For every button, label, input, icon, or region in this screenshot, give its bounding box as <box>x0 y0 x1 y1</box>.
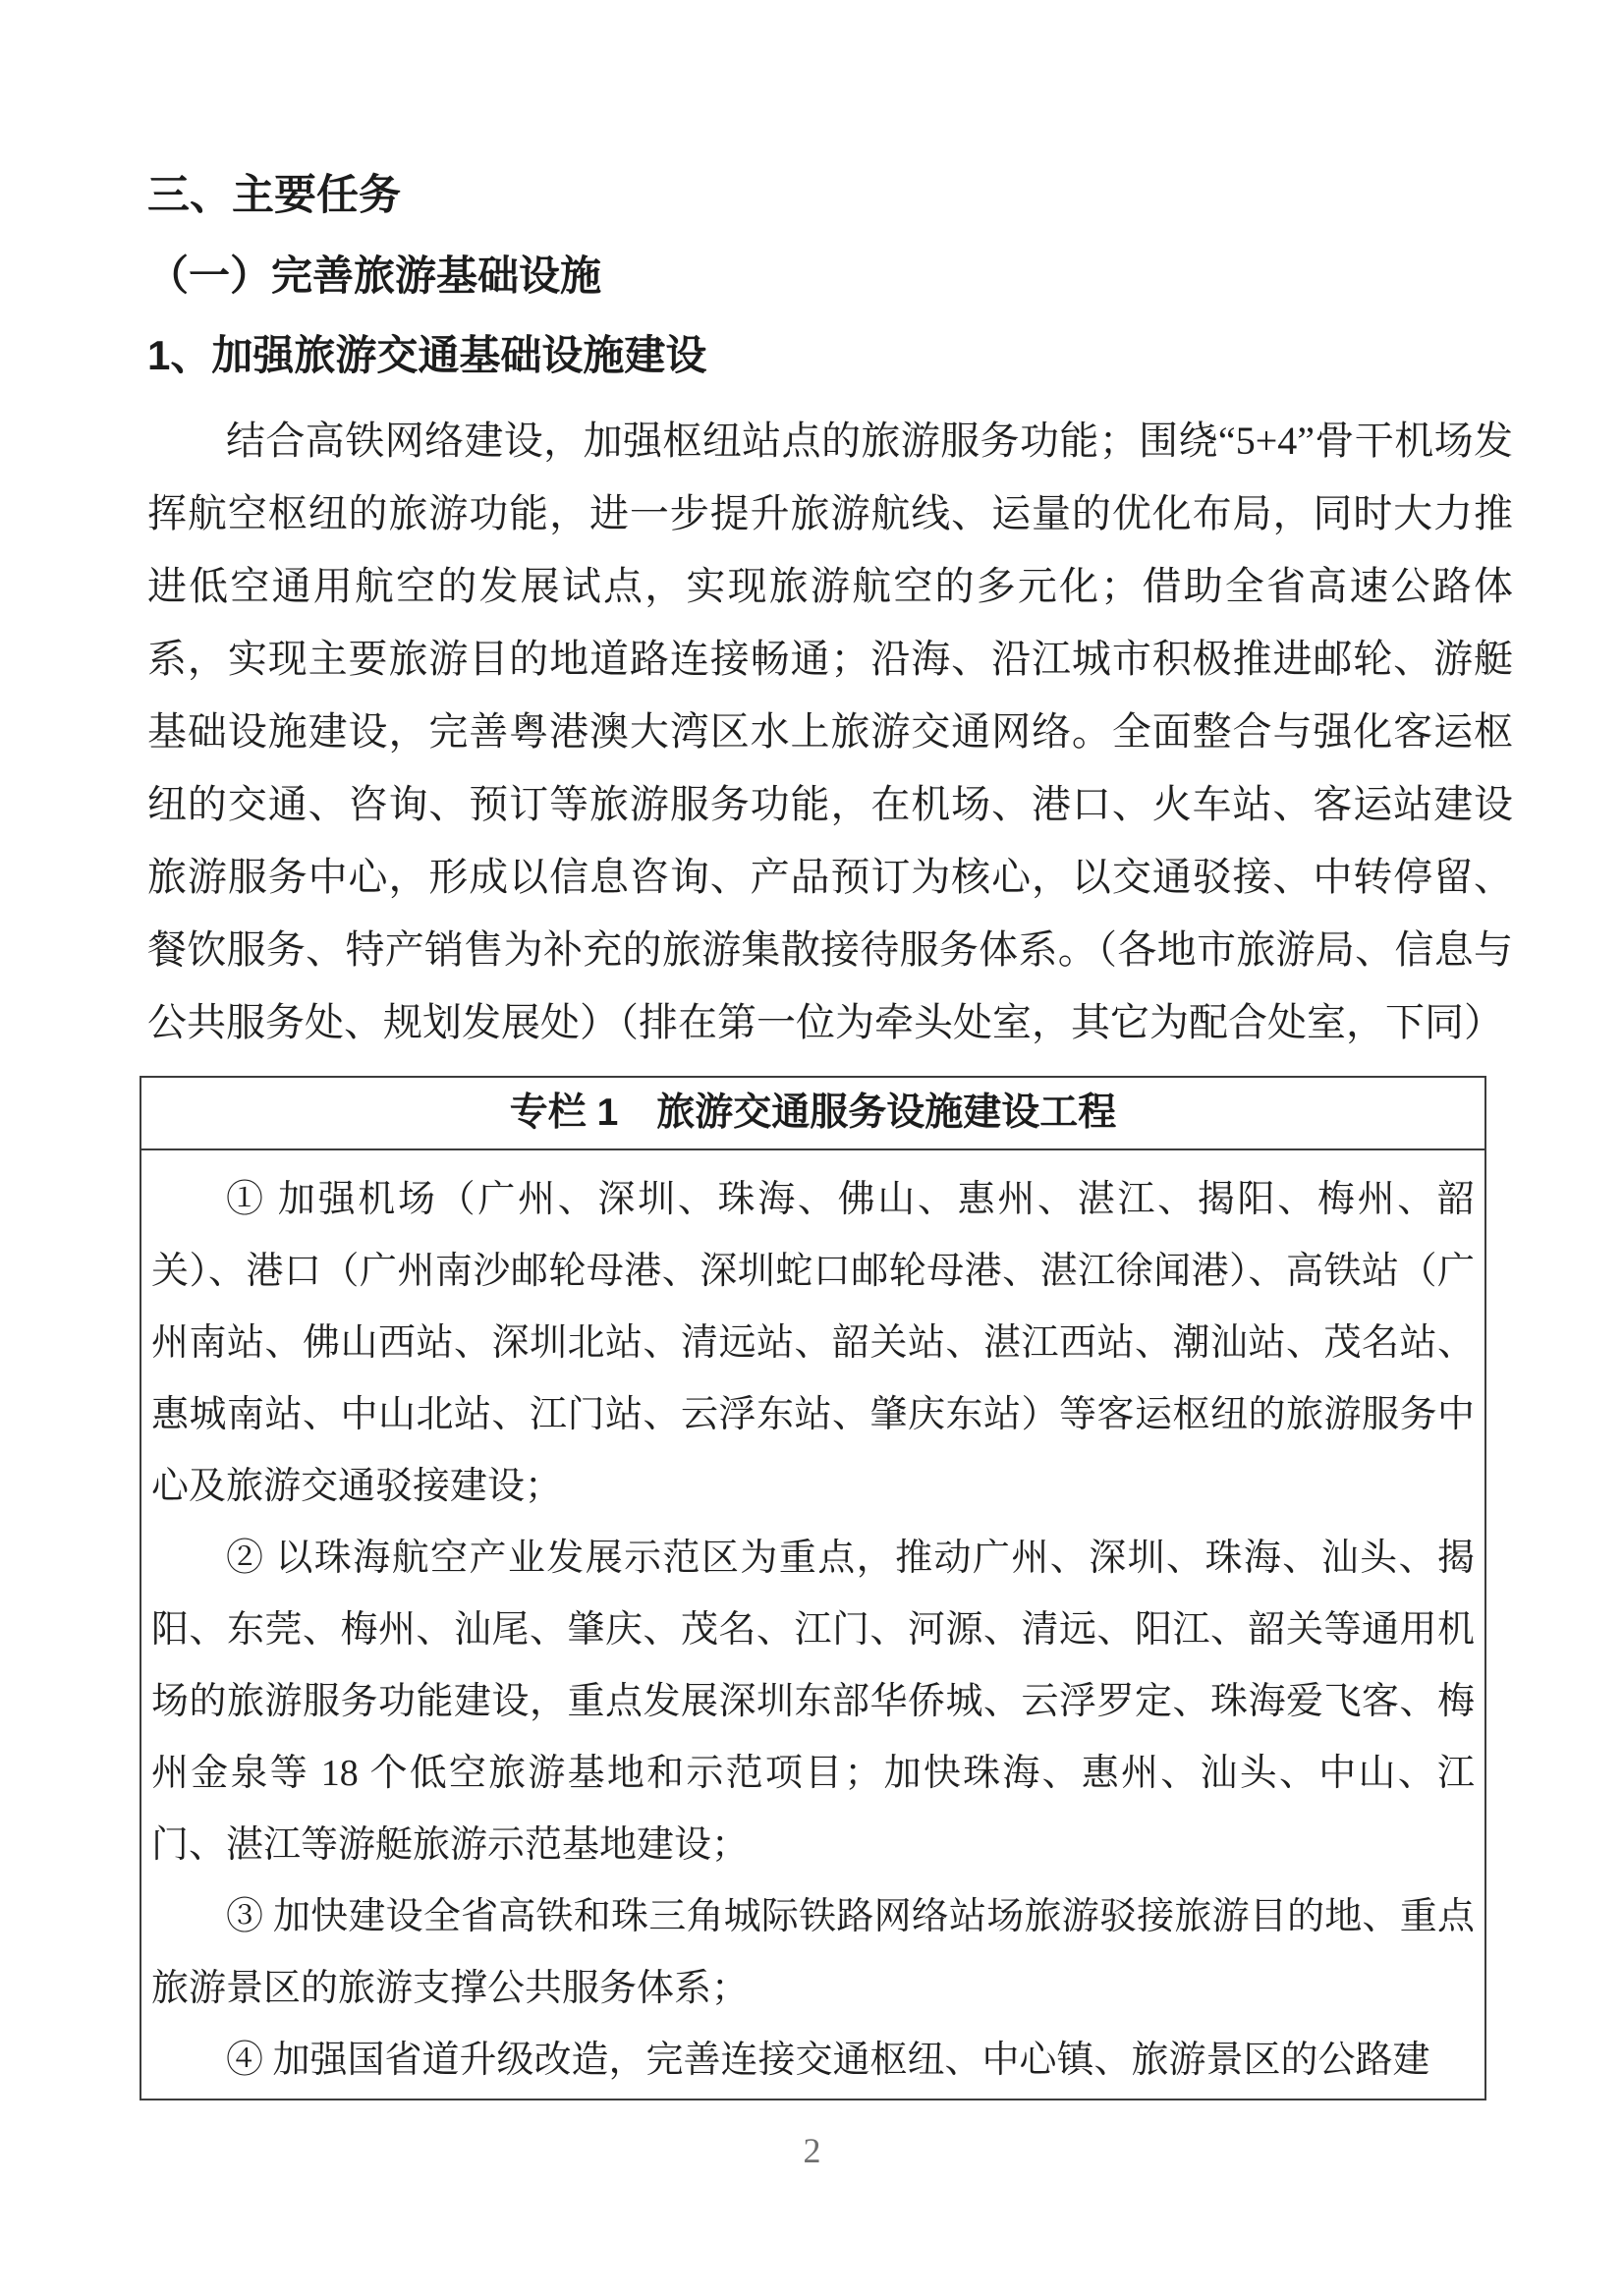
box-item-4: ④ 加强国省道升级改造，完善连接交通枢纽、中心镇、旅游景区的公路建 <box>151 2025 1475 2097</box>
document-page: 三、主要任务 （一）完善旅游基础设施 1、加强旅游交通基础设施建设 结合高铁网络… <box>0 0 1624 2296</box>
box-item-3: ③ 加快建设全省高铁和珠三角城际铁路网络站场旅游驳接旅游目的地、重点旅游景区的旅… <box>151 1881 1475 2025</box>
page-number: 2 <box>0 2130 1624 2171</box>
box-item-2: ② 以珠海航空产业发展示范区为重点，推动广州、深圳、珠海、汕头、揭阳、东莞、梅州… <box>151 1523 1475 1881</box>
column-box-title: 专栏 1 旅游交通服务设施建设工程 <box>141 1078 1484 1150</box>
subsection-heading: （一）完善旅游基础设施 <box>147 236 1513 316</box>
numbered-heading: 1、加强旅游交通基础设施建设 <box>147 316 1513 395</box>
body-paragraph: 结合高铁网络建设，加强枢纽站点的旅游服务功能；围绕“5+4”骨干机场发挥航空枢纽… <box>147 405 1513 1059</box>
section-heading: 三、主要任务 <box>147 155 1513 236</box>
document-content: 三、主要任务 （一）完善旅游基础设施 1、加强旅游交通基础设施建设 结合高铁网络… <box>147 155 1513 1059</box>
column-box-body: ① 加强机场（广州、深圳、珠海、佛山、惠州、湛江、揭阳、梅州、韶关）、港口（广州… <box>141 1150 1484 2099</box>
column-box: 专栏 1 旅游交通服务设施建设工程 ① 加强机场（广州、深圳、珠海、佛山、惠州、… <box>140 1076 1486 2100</box>
box-item-1: ① 加强机场（广州、深圳、珠海、佛山、惠州、湛江、揭阳、梅州、韶关）、港口（广州… <box>151 1164 1475 1523</box>
